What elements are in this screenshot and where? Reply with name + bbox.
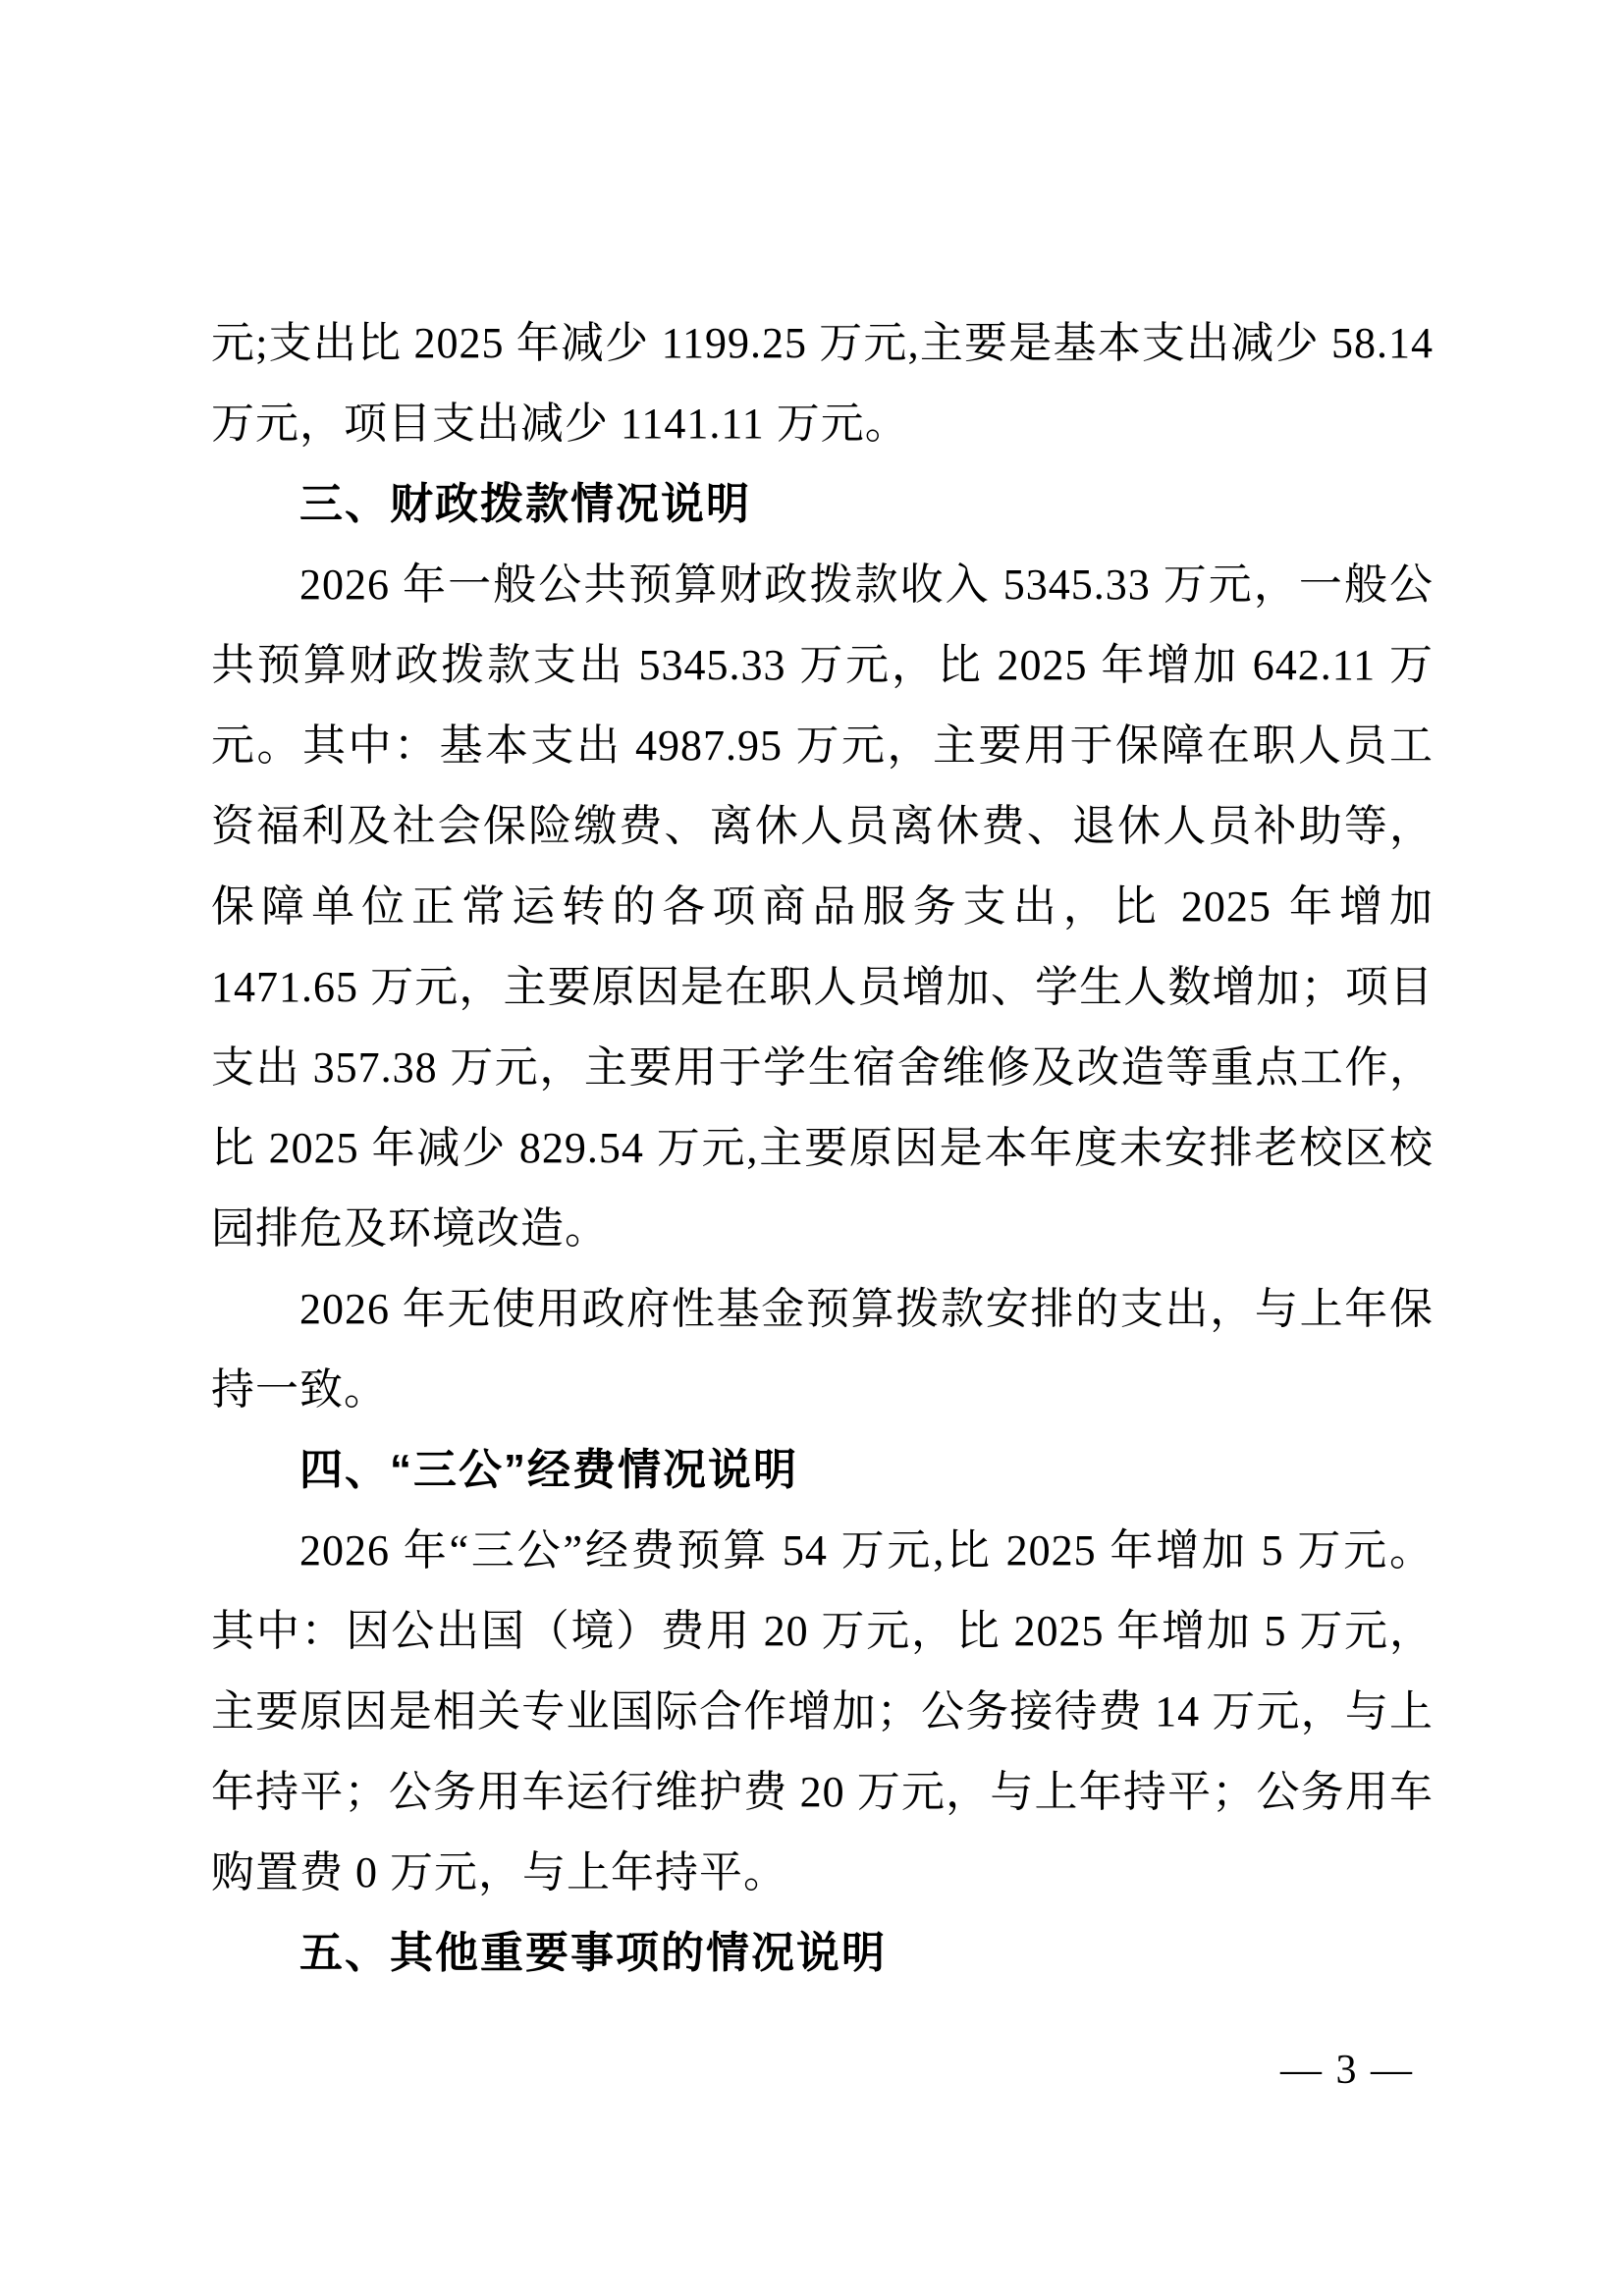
- page-number: — 3 —: [211, 2048, 1414, 2093]
- document-body: 元;支出比 2025 年减少 1199.25 万元,主要是基本支出减少 58.1…: [211, 303, 1434, 1994]
- section-heading-fiscal-allocation: 三、财政拨款情况说明: [211, 464, 1434, 545]
- paragraph-fiscal-allocation-detail: 2026 年一般公共预算财政拨款收入 5345.33 万元，一般公共预算财政拨款…: [211, 545, 1434, 1269]
- paragraph-three-public-expenses-detail: 2026 年“三公”经费预算 54 万元,比 2025 年增加 5 万元。其中：…: [211, 1511, 1434, 1913]
- section-heading-three-public-expenses: 四、“三公”经费情况说明: [211, 1430, 1434, 1511]
- paragraph-expenditure-continuation: 元;支出比 2025 年减少 1199.25 万元,主要是基本支出减少 58.1…: [211, 303, 1434, 464]
- paragraph-government-fund-budget: 2026 年无使用政府性基金预算拨款安排的支出，与上年保持一致。: [211, 1269, 1434, 1430]
- document-page: 元;支出比 2025 年减少 1199.25 万元,主要是基本支出减少 58.1…: [0, 0, 1624, 2296]
- section-heading-other-important-matters: 五、其他重要事项的情况说明: [211, 1913, 1434, 1994]
